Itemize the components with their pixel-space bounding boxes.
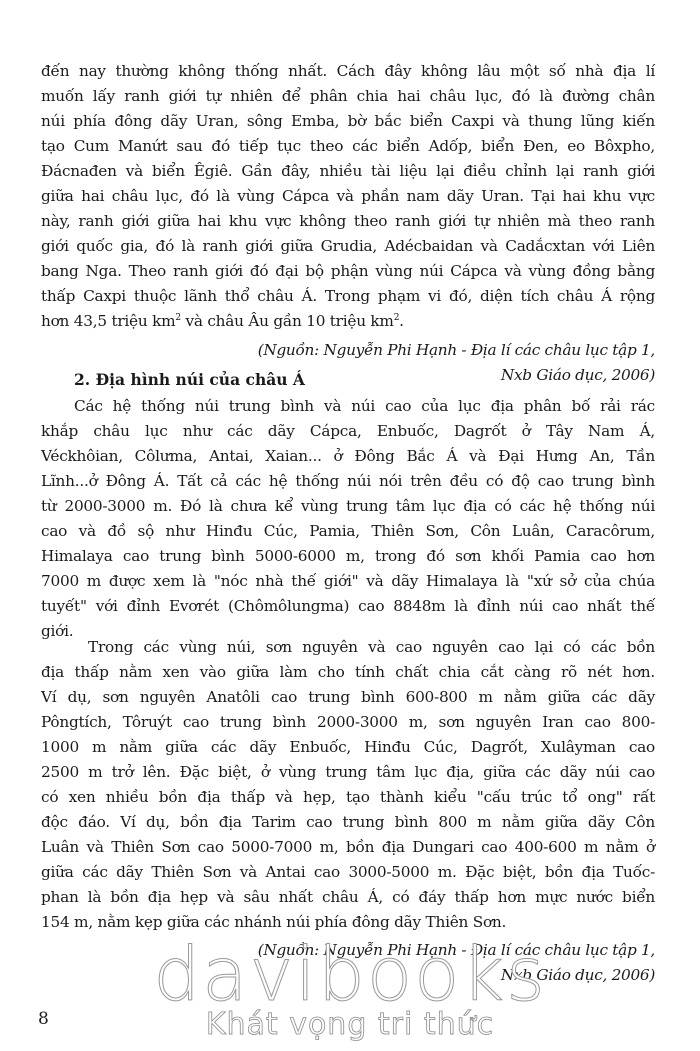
text-line: tạo Cum Manứt sau đó tiếp tục theo các b…: [41, 134, 655, 159]
text-line: Các hệ thống núi trung bình và núi cao c…: [74, 394, 655, 419]
watermark-slogan: Khát vọng tri thức: [130, 1005, 570, 1045]
text-line: núi phía đông dãy Uran, sông Emba, bờ bắ…: [41, 109, 655, 134]
text-line: 7000 m được xem là "nóc nhà thế giới" và…: [41, 569, 655, 594]
text-line: tuyết" với đỉnh Evơrét (Chômôlungma) cao…: [41, 594, 655, 619]
text-line: thấp Caxpi thuộc lãnh thổ châu Á. Trong …: [41, 284, 655, 309]
text-line-area: hơn 43,5 triệu km2 và châu Âu gần 10 tri…: [41, 309, 655, 334]
page-number: 8: [38, 1007, 49, 1032]
area-text: hơn 43,5 triệu km: [41, 312, 175, 330]
text-line: muốn lấy ranh giới tự nhiên để phân chia…: [41, 84, 655, 109]
text-line: đến nay thường không thống nhất. Cách đâ…: [41, 59, 655, 84]
text-line: Đácnađen và biển Êgiê. Gần đây, nhiều tà…: [41, 159, 655, 184]
text-line: địa thấp nằm xen vào giữa làm cho tính c…: [41, 660, 655, 685]
citation-line: (Nguồn: Nguyễn Phi Hạnh - Địa lí các châ…: [258, 338, 655, 363]
text-line: Ví dụ, sơn nguyên Anatôli cao trung bình…: [41, 685, 655, 710]
text-line: 1000 m nằm giữa các dãy Enbuốc, Hinđu Cú…: [41, 735, 655, 760]
text-line: Véckhôian, Côlưma, Antai, Xaian... ở Đôn…: [41, 444, 655, 469]
text-line: khắp châu lục như các dãy Cápca, Enbuốc,…: [41, 419, 655, 444]
citation-line: Nxb Giáo dục, 2006): [501, 363, 655, 388]
text-line: Himalaya cao trung bình 5000-6000 m, tro…: [41, 544, 655, 569]
text-line: Trong các vùng núi, sơn nguyên và cao ng…: [88, 635, 655, 660]
text-line: từ 2000-3000 m. Đó là chưa kể vùng trung…: [41, 494, 655, 519]
text-line: độc đáo. Ví dụ, bồn địa Tarim cao trung …: [41, 810, 655, 835]
text-line: bang Nga. Theo ranh giới đó đại bộ phận …: [41, 259, 655, 284]
text-line: giới quốc gia, đó là ranh giới giữa Grud…: [41, 234, 655, 259]
area-text: và châu Âu gần 10 triệu km: [181, 312, 394, 330]
text-line: 2500 m trở lên. Đặc biệt, ở vùng trung t…: [41, 760, 655, 785]
text-line: Lĩnh...ở Đông Á. Tất cả các hệ thống núi…: [41, 469, 655, 494]
text-line: có xen nhiều bồn địa thấp và hẹp, tạo th…: [41, 785, 655, 810]
text-line: này, ranh giới giữa hai khu vực không th…: [41, 209, 655, 234]
text-line: Pôngtích, Tôruýt cao trung bình 2000-300…: [41, 710, 655, 735]
text-line: giữa hai châu lục, đó là vùng Cápca và p…: [41, 184, 655, 209]
area-text: .: [399, 312, 404, 330]
text-line: giữa các dãy Thiên Sơn và Antai cao 3000…: [41, 860, 655, 885]
text-line: phan là bồn địa hẹp và sâu nhất châu Á, …: [41, 885, 655, 910]
text-line: Luân và Thiên Sơn cao 5000-7000 m, bồn đ…: [41, 835, 655, 860]
section-heading: 2. Địa hình núi của châu Á: [74, 367, 305, 392]
book-page: đến nay thường không thống nhất. Cách đâ…: [0, 0, 700, 1051]
text-line: cao và đồ sộ như Hinđu Cúc, Pamia, Thiên…: [41, 519, 655, 544]
